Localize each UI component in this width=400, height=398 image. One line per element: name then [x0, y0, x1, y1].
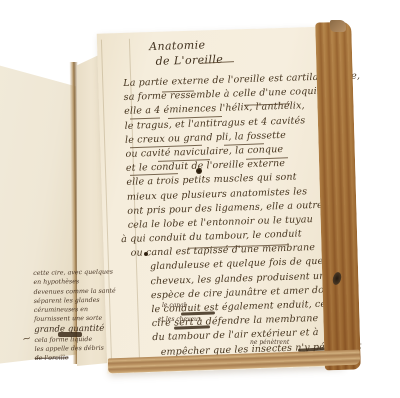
interlinear-correction: le canal: [162, 302, 186, 309]
ink-blot: [144, 252, 148, 256]
photo-of-open-manuscript-book: ~ Anatomie de L'oreille La partie extern…: [0, 0, 400, 398]
fore-edge-chipped-corner: [330, 20, 346, 32]
manuscript-title: Anatomie de L'oreille: [97, 33, 332, 70]
interlinear-correction: ne pénètrent: [250, 339, 289, 346]
scratch-mark: [58, 332, 82, 337]
ink-blot: [196, 168, 202, 174]
margin-annotations: cette cire, avec quelques en hypothèses …: [33, 267, 143, 364]
interlinear-correction: et les cheveux: [158, 316, 201, 323]
